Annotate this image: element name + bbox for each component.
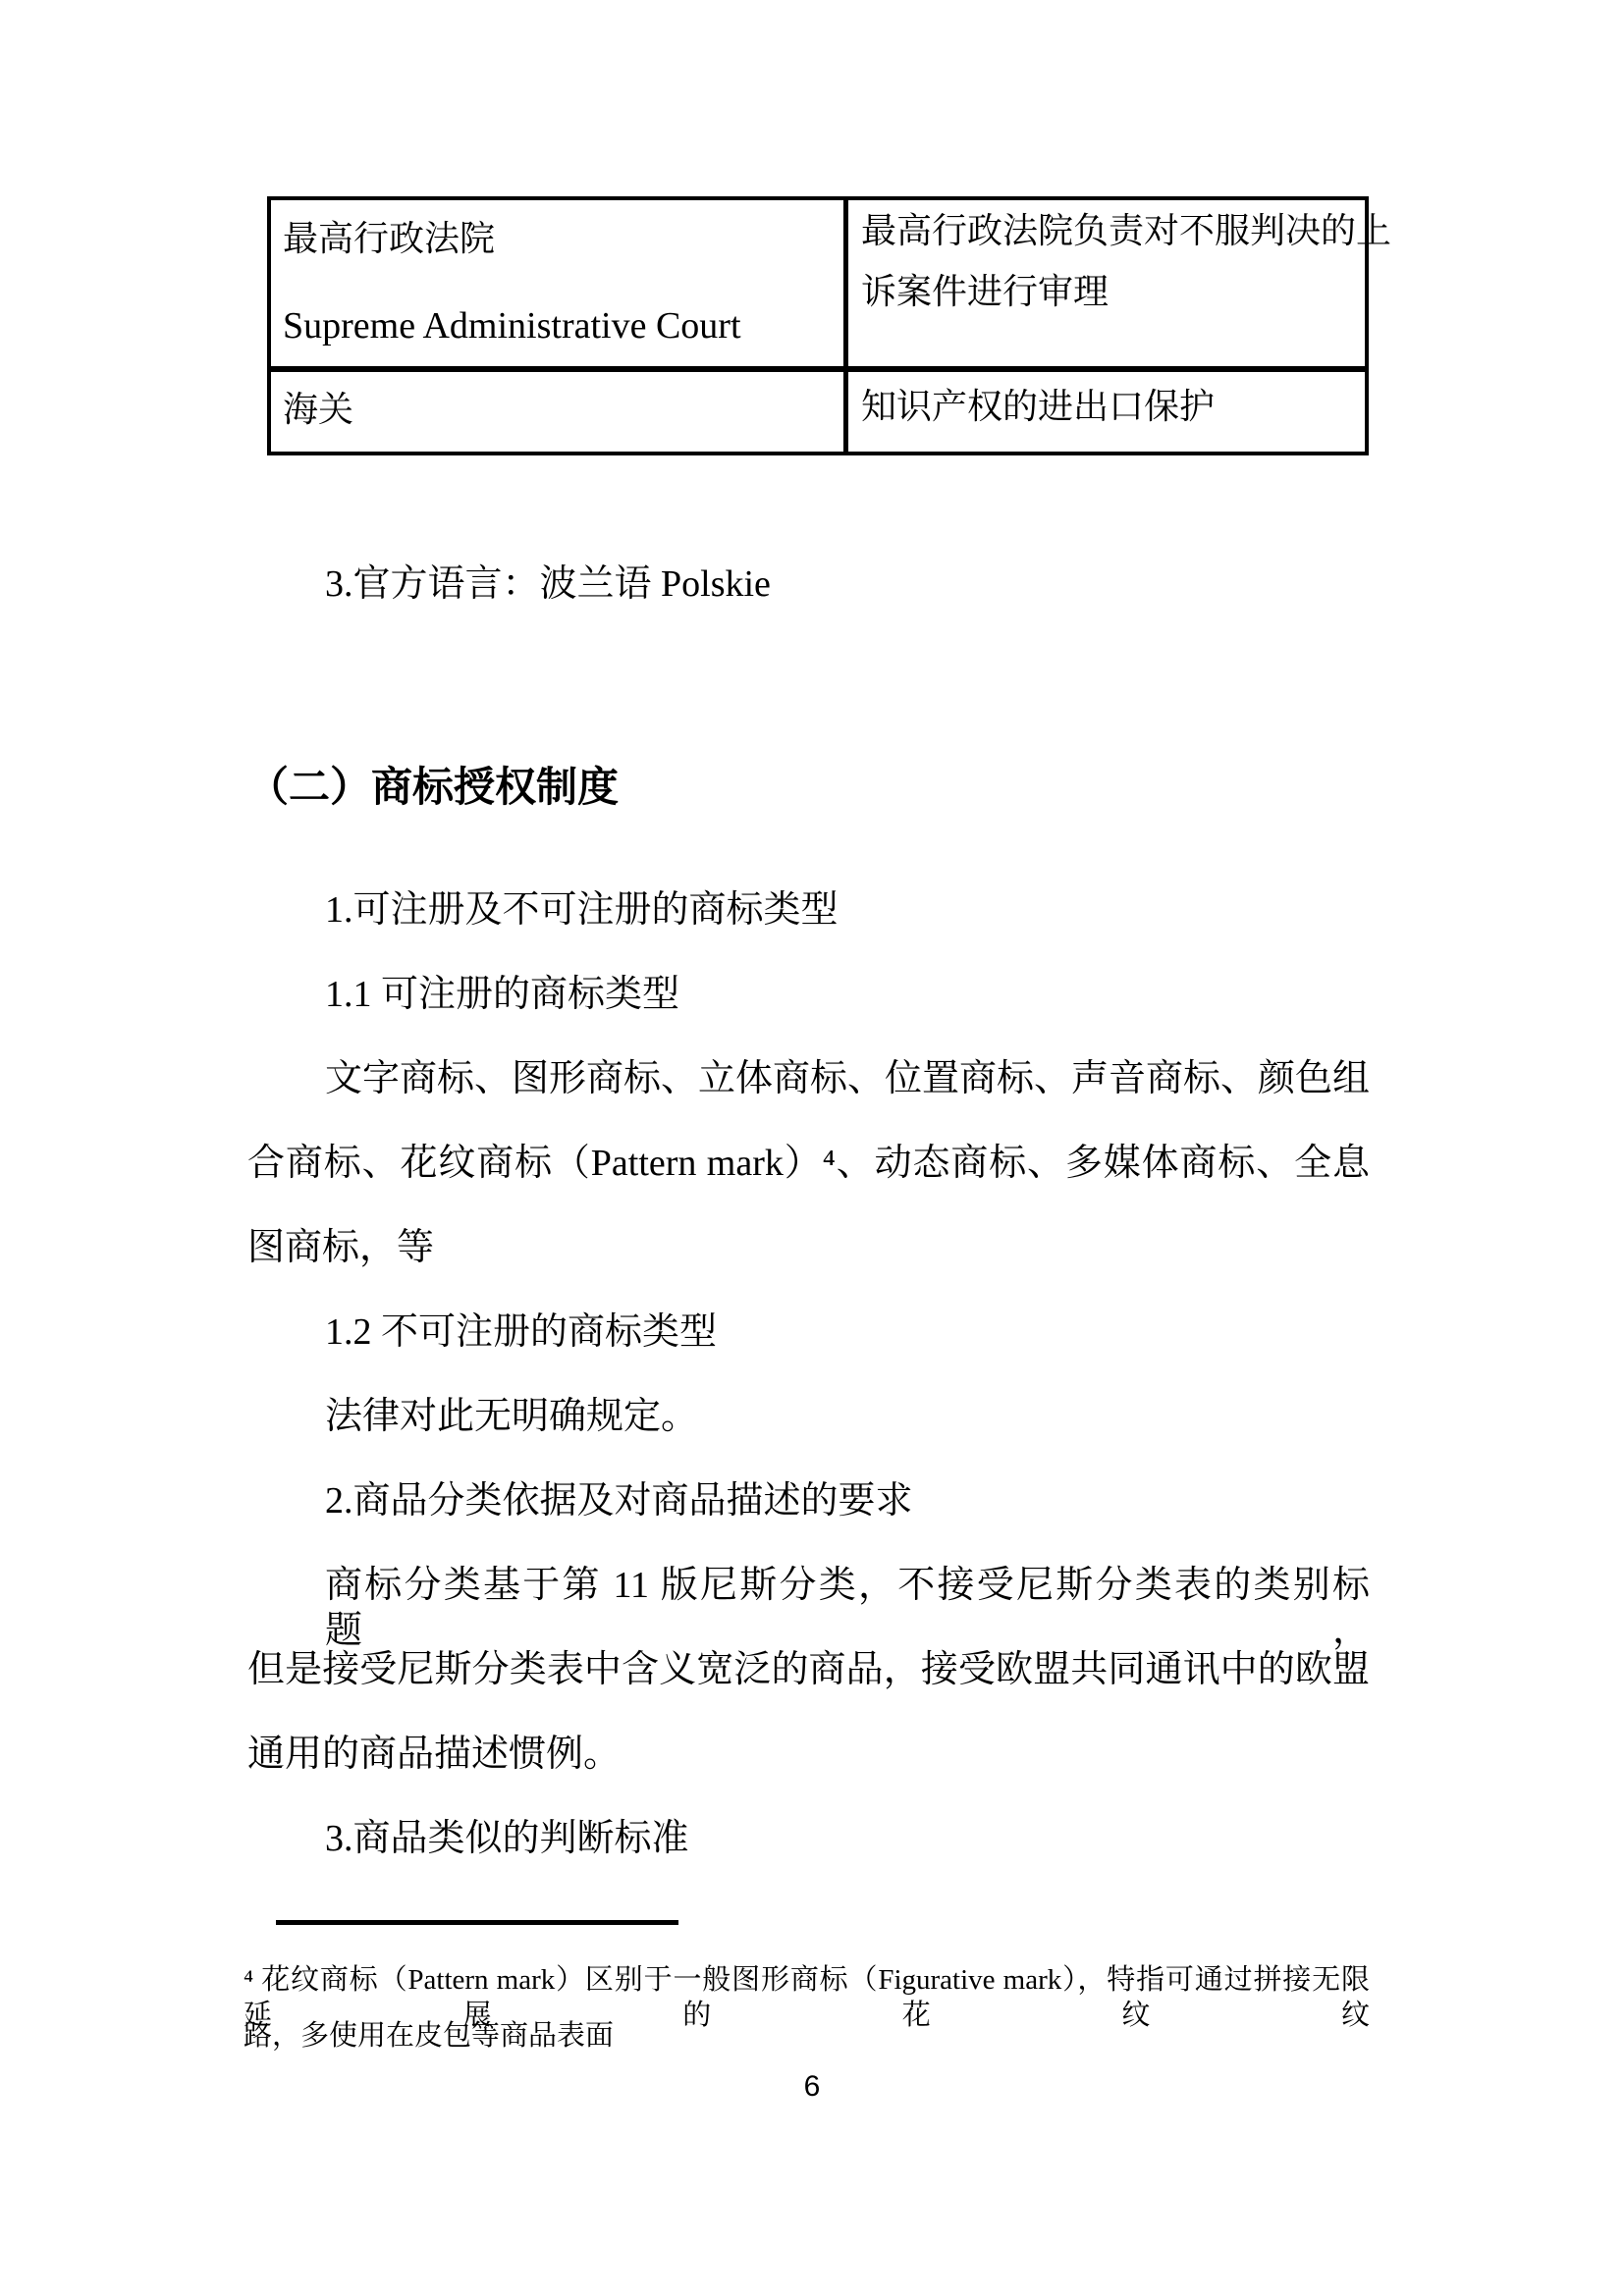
footnote-separator bbox=[276, 1920, 678, 1925]
footnote-line: 路，多使用在皮包等商品表面 bbox=[244, 2018, 614, 2054]
body-line: 3.商品类似的判断标准 bbox=[325, 1816, 689, 1861]
body-line: 图商标，等 bbox=[247, 1225, 434, 1270]
body-line: 文字商标、图形商标、立体商标、位置商标、声音商标、颜色组 bbox=[325, 1056, 1370, 1101]
body-line: 合商标、花纹商标（Pattern mark）⁴、动态商标、多媒体商标、全息 bbox=[247, 1141, 1370, 1186]
body-line: 1.可注册及不可注册的商标类型 bbox=[325, 887, 839, 933]
document-page: 最高行政法院 Supreme Administrative Court 最高行政… bbox=[0, 0, 1624, 2296]
page-number: 6 bbox=[0, 2069, 1624, 2105]
table-cell-org-cn: 最高行政法院 bbox=[283, 217, 495, 260]
table-column-divider bbox=[843, 200, 848, 452]
courts-table: 最高行政法院 Supreme Administrative Court 最高行政… bbox=[267, 196, 1369, 455]
table-cell-customs: 海关 bbox=[283, 388, 353, 431]
body-line: 但是接受尼斯分类表中含义宽泛的商品，接受欧盟共同通讯中的欧盟 bbox=[247, 1647, 1370, 1692]
table-cell-customs-desc: 知识产权的进出口保护 bbox=[861, 385, 1215, 428]
body-line: 商标分类基于第 11 版尼斯分类，不接受尼斯分类表的类别标题， bbox=[325, 1563, 1370, 1653]
table-cell-desc-line2: 诉案件进行审理 bbox=[861, 270, 1109, 313]
table-cell-org-en: Supreme Administrative Court bbox=[283, 304, 741, 347]
body-line: 通用的商品描述惯例。 bbox=[247, 1732, 621, 1777]
body-line: 1.1 可注册的商标类型 bbox=[325, 972, 679, 1017]
paragraph-official-language: 3.官方语言：波兰语 Polskie bbox=[325, 561, 771, 607]
body-line: 法律对此无明确规定。 bbox=[325, 1394, 698, 1439]
body-line: 1.2 不可注册的商标类型 bbox=[325, 1309, 717, 1355]
table-cell-desc-line1: 最高行政法院负责对不服判决的上 bbox=[861, 209, 1391, 252]
body-line: 2.商品分类依据及对商品描述的要求 bbox=[325, 1478, 913, 1523]
table-row-divider bbox=[271, 366, 1365, 372]
section-heading: （二）商标授权制度 bbox=[247, 763, 619, 812]
